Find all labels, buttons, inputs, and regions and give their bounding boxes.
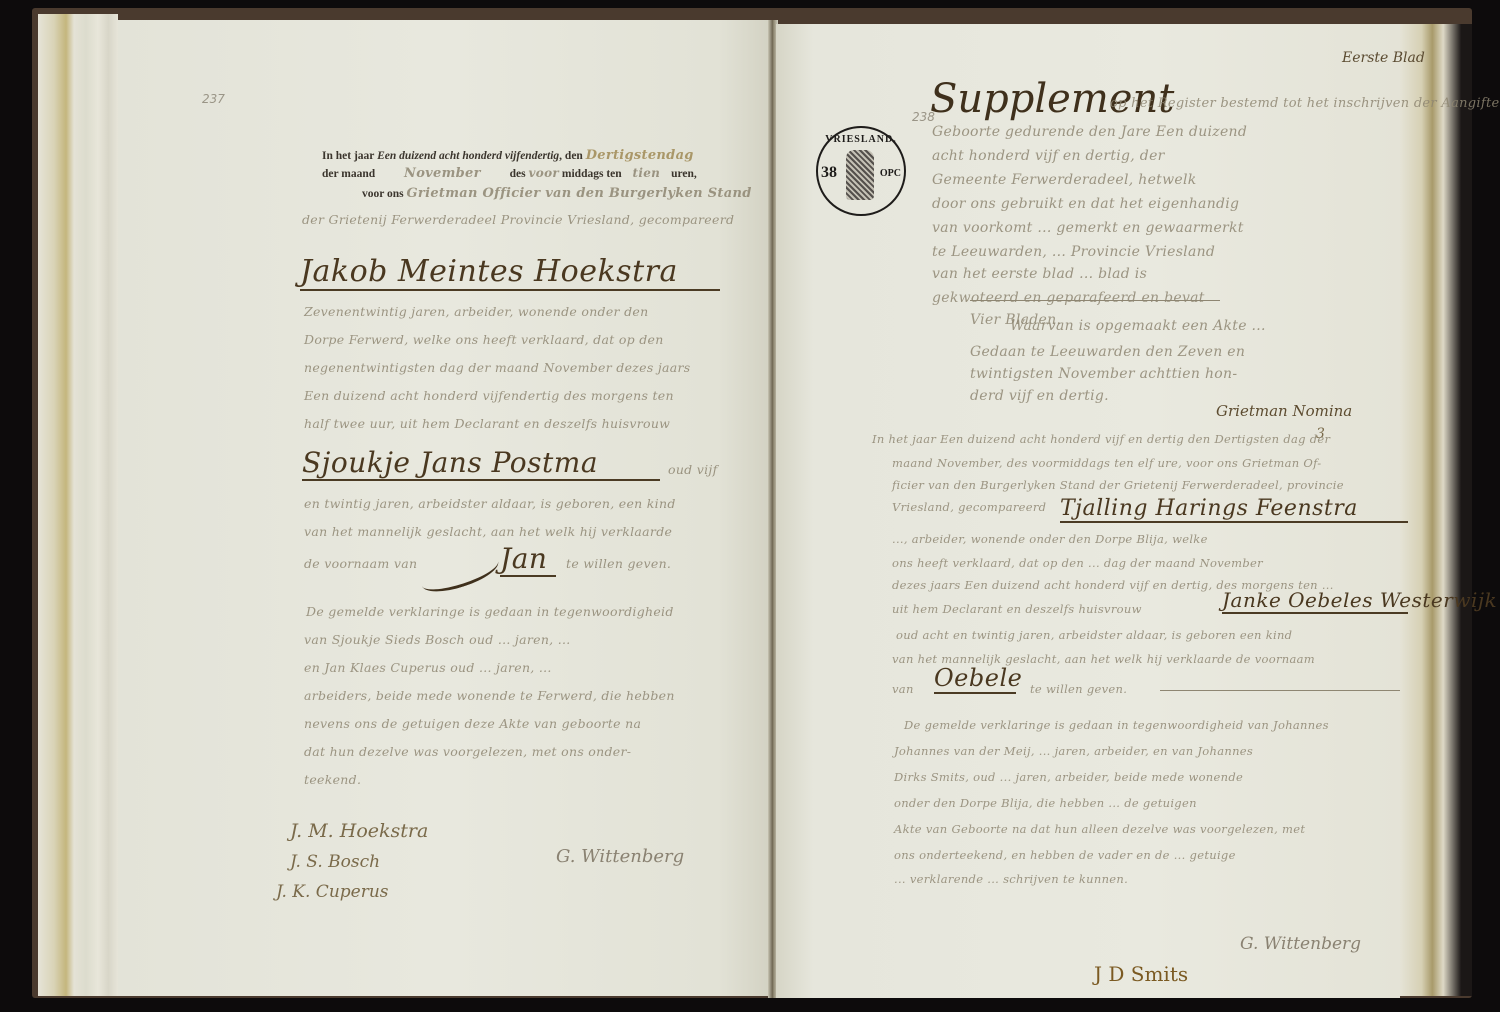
supplement-line: door ons gebruikt en dat het eigenhandig (932, 196, 1239, 212)
body-line: Een duizend acht honderd vijfendertig de… (304, 388, 674, 403)
witness-line: Johannes van der Meij, ... jaren, arbeid… (894, 744, 1253, 758)
witness-signature: J D Smits (1094, 962, 1188, 986)
header-middags: middags ten (562, 168, 622, 180)
supplement-line: op het Register bestemd tot het inschrij… (1110, 96, 1500, 111)
header-den: , den (559, 150, 583, 162)
body-line: negenentwintigsten dag der maand Novembe… (304, 360, 691, 375)
witness-line: teekend. (304, 772, 361, 787)
witness-line: onder den Dorpe Blija, die hebben ... de… (894, 796, 1197, 810)
witness-line: arbeiders, beide mede wonende te Ferwerd… (304, 688, 675, 703)
entry-line: Vriesland, gecompareerd (892, 500, 1046, 514)
page-edges-left (38, 14, 118, 996)
entry-line: In het jaar Een duizend acht honderd vij… (872, 432, 1330, 446)
witness-line: dat hun dezelve was voorgelezen, met ons… (304, 744, 631, 759)
left-folio-number: 237 (202, 92, 225, 106)
header-uren: uren, (671, 168, 697, 180)
body-line: te willen geven. (566, 556, 671, 571)
header-voor-ons: voor ons (362, 188, 404, 200)
mother-name: Janke Oebeles Westerwijk (1222, 588, 1408, 614)
child-name: Jan (500, 542, 556, 577)
header-des: des (510, 168, 526, 180)
page-edges-right (1400, 24, 1472, 996)
printed-header-line3: voor ons Grietman Officier van den Burge… (362, 186, 752, 201)
body-line: van het mannelijk geslacht, aan het welk… (304, 524, 672, 539)
witness-line: Akte van Geboorte na dat hun alleen deze… (894, 822, 1305, 836)
entry-line: oud acht en twintig jaren, arbeidster al… (896, 628, 1292, 642)
witness-line: De gemelde verklaringe is gedaan in tege… (904, 718, 1329, 732)
certification-line: twintigsten November achttien hon- (970, 366, 1237, 382)
entry-line: uit hem Declarant en deszelfs huisvrouw (892, 602, 1142, 616)
handwritten-month: November (404, 166, 481, 181)
body-line: Zevenentwintig jaren, arbeider, wonende … (304, 304, 648, 319)
witness-signature: J. M. Hoekstra (290, 820, 428, 842)
crown-crest-icon (846, 150, 874, 200)
entry-line: ..., arbeider, wonende onder den Dorpe B… (892, 532, 1208, 546)
declarant-name: Tjalling Harings Feenstra (1060, 496, 1408, 523)
header-prefix: In het jaar (322, 150, 374, 162)
handwritten-official: Grietman Officier van den Burgerlyken St… (407, 186, 752, 201)
entry-line: ons heeft verklaard, dat op den ... dag … (892, 556, 1263, 570)
rule-line (970, 300, 1220, 301)
certification-line: Waarvan is opgemaakt een Akte ... (1010, 318, 1266, 334)
supplement-line: te Leeuwarden, ... Provincie Vriesland (932, 244, 1215, 260)
witness-line: Dirks Smits, oud ... jaren, arbeider, be… (894, 770, 1243, 784)
entry-line: te willen geven. (1030, 682, 1127, 696)
declarant-name: Jakob Meintes Hoekstra (300, 254, 720, 291)
witness-line: en Jan Klaes Cuperus oud ... jaren, ... (304, 660, 552, 675)
supplement-line: Gemeente Ferwerderadeel, hetwelk (932, 172, 1197, 188)
printed-header-line2: der maand November des voor middags ten … (322, 166, 697, 181)
stamp-top-text: VRIESLAND. (818, 134, 904, 145)
body-line: Dorpe Ferwerd, welke ons heeft verklaard… (304, 332, 664, 347)
vriesland-postal-stamp: VRIESLAND. 38 OPC (816, 126, 906, 216)
handwritten-day: Dertigstendag (586, 148, 694, 163)
witness-line: van Sjoukje Sieds Bosch oud ... jaren, .… (304, 632, 571, 647)
witness-line: ... verklarende ... schrijven te kunnen. (894, 872, 1128, 886)
witness-signature: J. K. Cuperus (276, 882, 389, 902)
header-year: Een duizend acht honderd vijfendertig (377, 150, 559, 162)
body-line: de voornaam van (304, 556, 417, 571)
supplement-line: acht honderd vijf en dertig, der (932, 148, 1165, 164)
witness-line: ons onderteekend, en hebben de vader en … (894, 848, 1236, 862)
body-line: en twintig jaren, arbeidster aldaar, is … (304, 496, 676, 511)
witness-line: De gemelde verklaringe is gedaan in tege… (306, 604, 674, 619)
stamp-number: 38 (821, 164, 837, 182)
official-signature: G. Wittenberg (556, 846, 684, 867)
supplement-line: Geboorte gedurende den Jare Een duizend (932, 124, 1247, 140)
certification-line: Gedaan te Leeuwarden den Zeven en (970, 344, 1245, 360)
header-maand: der maand (322, 168, 375, 180)
entry-line: ficier van den Burgerlyken Stand der Gri… (892, 478, 1344, 492)
supplement-line: gekwoteerd en geparafeerd en bevat (932, 290, 1205, 306)
body-line: der Grietenij Ferwerderadeel Provincie V… (302, 212, 734, 227)
rule-line (1160, 690, 1400, 691)
stamp-right-text: OPC (880, 168, 901, 179)
printed-header-line1: In het jaar Een duizend acht honderd vij… (322, 148, 694, 163)
witness-signature: J. S. Bosch (290, 852, 380, 872)
handwritten-time: voor (529, 166, 560, 180)
body-line: oud vijf (668, 462, 718, 477)
certification-line: derd vijf en dertig. (970, 388, 1109, 404)
official-signature: G. Wittenberg (1240, 934, 1361, 954)
handwritten-hour: tien (633, 166, 661, 180)
certification-signature: Grietman Nomina (1216, 402, 1352, 420)
corner-note: Eerste Blad (1342, 50, 1425, 66)
entry-line: maand November, des voormiddags ten elf … (892, 456, 1321, 470)
mother-name: Sjoukje Jans Postma (302, 446, 660, 481)
body-line: half twee uur, uit hem Declarant en desz… (304, 416, 670, 431)
entry-line: van (892, 682, 914, 696)
supplement-line: van het eerste blad ... blad is (932, 266, 1147, 282)
supplement-line: van voorkomt ... gemerkt en gewaarmerkt (932, 220, 1244, 236)
witness-line: nevens ons de getuigen deze Akte van geb… (304, 716, 641, 731)
child-name: Oebele (934, 664, 1016, 694)
